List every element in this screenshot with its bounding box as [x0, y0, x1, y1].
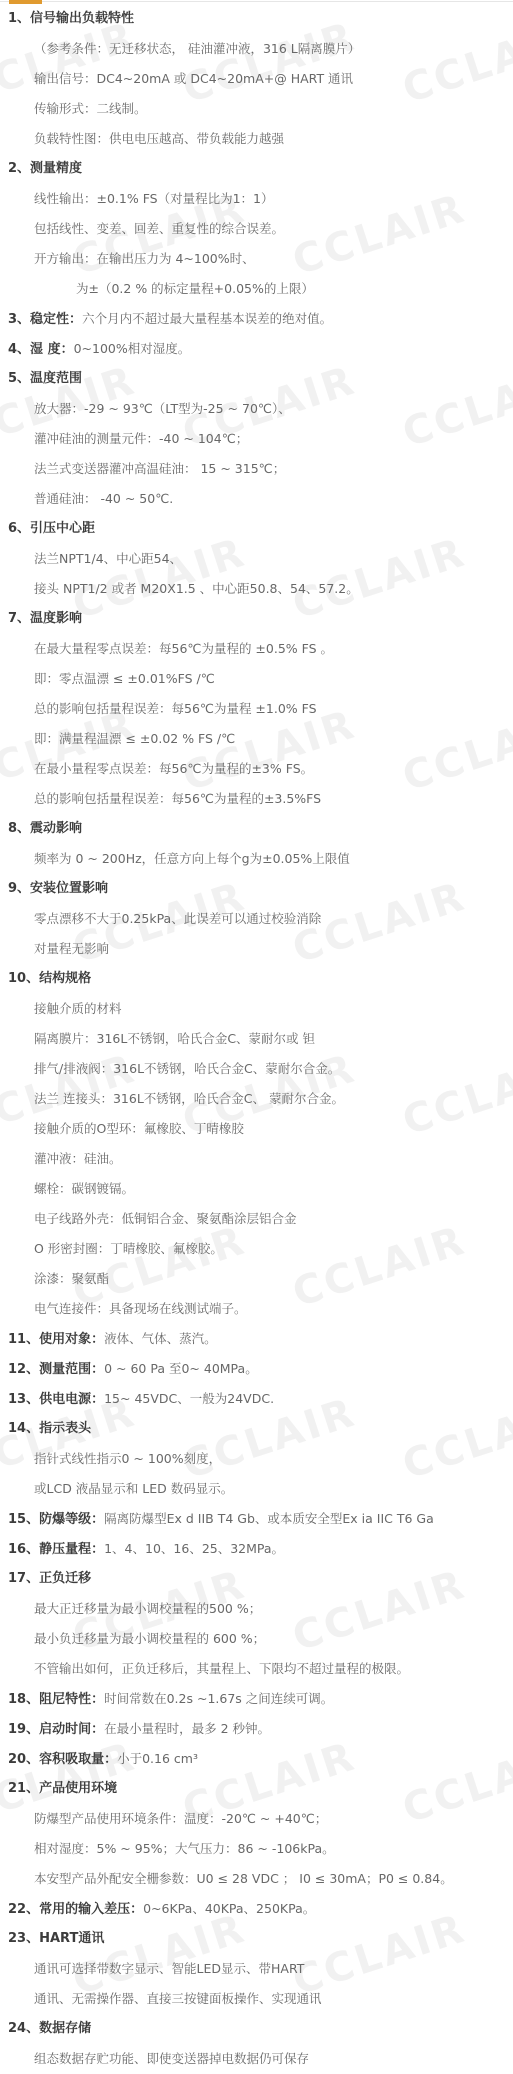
section-heading: 19、启动时间：在最小量程时，最多 2 秒钟。 — [0, 1714, 513, 1744]
spec-line: 放大器：-29 ~ 93℃（LT型为-25 ~ 70℃）、 — [0, 394, 513, 424]
section-title: 容积吸取量： — [39, 1752, 117, 1767]
section-title: 湿 度： — [30, 342, 74, 357]
section-heading: 4、湿 度：0~100%相对湿度。 — [0, 334, 513, 364]
section-number: 13、 — [8, 1392, 39, 1407]
section-number: 21、 — [8, 1781, 39, 1796]
spec-line: 组态数据存贮功能、即使变送器掉电数据仍可保存 — [0, 2044, 513, 2074]
section-title: 温度范围 — [30, 371, 82, 386]
spec-line: 线性输出：±0.1% FS（对量程比为1：1） — [0, 184, 513, 214]
section-number: 3、 — [8, 312, 30, 327]
section-title: 防爆等级： — [39, 1512, 104, 1527]
spec-line: 隔离膜片：316L不锈钢，哈氏合金C、蒙耐尔或 钽 — [0, 1024, 513, 1054]
section-heading: 21、产品使用环境 — [0, 1774, 513, 1804]
section-title: 安装位置影响 — [30, 881, 108, 896]
section-inline-text: 0~100%相对湿度。 — [74, 341, 191, 356]
section-heading: 6、引压中心距 — [0, 514, 513, 544]
spec-line: 零点漂移不大于0.25kPa、此误差可以通过校验消除 — [0, 904, 513, 934]
section-inline-text: 在最小量程时，最多 2 秒钟。 — [104, 1721, 270, 1736]
spec-line: 防爆型产品使用环境条件：温度：-20℃ ~ +40℃； — [0, 1804, 513, 1834]
section-title: HART通讯 — [39, 1931, 104, 1946]
section-heading: 7、温度影响 — [0, 604, 513, 634]
spec-line: 螺栓：碳钢镀镉。 — [0, 1174, 513, 1204]
spec-line: 接头 NPT1/2 或者 M20X1.5 、中心距50.8、54、57.2。 — [0, 574, 513, 604]
section-number: 22、 — [8, 1902, 39, 1917]
section-heading: 11、使用对象：液体、气体、蒸汽。 — [0, 1324, 513, 1354]
section-inline-text: 0 ~ 60 Pa 至0~ 40MPa。 — [104, 1361, 258, 1376]
section-number: 10、 — [8, 971, 39, 986]
section-heading: 23、HART通讯 — [0, 1924, 513, 1954]
spec-line: 在最小量程零点误差：每56℃为量程的±3% FS。 — [0, 754, 513, 784]
spec-line: 法兰式变送器灌冲高温硅油： 15 ~ 315℃； — [0, 454, 513, 484]
section-title: 震动影响 — [30, 821, 82, 836]
section-number: 17、 — [8, 1571, 39, 1586]
top-divider-line — [0, 1, 513, 2]
section-title: 指示表头 — [39, 1421, 91, 1436]
spec-line: 排气/排液阀：316L不锈钢，哈氏合金C、蒙耐尔合金。 — [0, 1054, 513, 1084]
section-inline-text: 六个月内不超过最大量程基本误差的绝对值。 — [82, 311, 332, 326]
section-number: 9、 — [8, 881, 30, 896]
spec-line: 即：零点温漂 ≤ ±0.01%FS /℃ — [0, 664, 513, 694]
spec-line: 灌冲液：硅油。 — [0, 1144, 513, 1174]
section-heading: 20、容积吸取量：小于0.16 cm³ — [0, 1744, 513, 1774]
section-number: 1、 — [8, 11, 30, 26]
spec-line: 本安型产品外配安全栅参数：U0 ≤ 28 VDC ； I0 ≤ 30mA；P0 … — [0, 1864, 513, 1894]
spec-line: 即：满量程温漂 ≤ ±0.02 % FS /℃ — [0, 724, 513, 754]
spec-line: 电子线路外壳：低铜铝合金、聚氨酯涂层铝合金 — [0, 1204, 513, 1234]
section-title: 启动时间： — [39, 1722, 104, 1737]
spec-line: 频率为 0 ~ 200Hz，任意方向上每个g为±0.05%上限值 — [0, 844, 513, 874]
section-heading: 1、信号输出负载特性 — [0, 4, 513, 34]
section-title: 信号输出负载特性 — [30, 11, 134, 26]
section-title: 数据存储 — [39, 2021, 91, 2036]
spec-line: O 形密封圈：丁晴橡胶、氟橡胶。 — [0, 1234, 513, 1264]
section-heading: 18、阻尼特性：时间常数在0.2s ~1.67s 之间连续可调。 — [0, 1684, 513, 1714]
section-heading: 15、防爆等级：隔离防爆型Ex d IIB T4 Gb、或本质安全型Ex ia … — [0, 1504, 513, 1534]
section-inline-text: 时间常数在0.2s ~1.67s 之间连续可调。 — [104, 1691, 333, 1706]
section-number: 16、 — [8, 1542, 39, 1557]
spec-line: 最小负迁移量为最小调校量程的 600 %； — [0, 1624, 513, 1654]
section-number: 6、 — [8, 521, 30, 536]
section-heading: 10、结构规格 — [0, 964, 513, 994]
section-heading: 22、常用的输入差压：0~6KPa、40KPa、250KPa。 — [0, 1894, 513, 1924]
section-number: 4、 — [8, 342, 30, 357]
spec-line: 包括线性、变差、回差、重复性的综合误差。 — [0, 214, 513, 244]
section-inline-text: 小于0.16 cm³ — [117, 1751, 198, 1766]
section-number: 14、 — [8, 1421, 39, 1436]
section-number: 19、 — [8, 1722, 39, 1737]
section-number: 7、 — [8, 611, 30, 626]
section-number: 12、 — [8, 1362, 39, 1377]
section-number: 8、 — [8, 821, 30, 836]
spec-line: 指针式线性指示0 ~ 100%刻度， — [0, 1444, 513, 1474]
section-heading: 13、供电电源：15~ 45VDC、一般为24VDC. — [0, 1384, 513, 1414]
spec-line: 接触介质的O型环：氟橡胶、丁晴橡胶 — [0, 1114, 513, 1144]
section-title: 常用的输入差压： — [39, 1902, 143, 1917]
section-number: 20、 — [8, 1752, 39, 1767]
section-inline-text: 15~ 45VDC、一般为24VDC. — [104, 1391, 274, 1406]
section-title: 温度影响 — [30, 611, 82, 626]
section-heading: 12、测量范围：0 ~ 60 Pa 至0~ 40MPa。 — [0, 1354, 513, 1384]
section-inline-text: 液体、气体、蒸汽。 — [104, 1331, 217, 1346]
section-number: 18、 — [8, 1692, 39, 1707]
spec-line: 负载特性图：供电电压越高、带负载能力越强 — [0, 124, 513, 154]
spec-line: 普通硅油： -40 ~ 50℃. — [0, 484, 513, 514]
section-heading: 24、数据存储 — [0, 2014, 513, 2044]
section-heading: 5、温度范围 — [0, 364, 513, 394]
section-title: 阻尼特性： — [39, 1692, 104, 1707]
spec-line: 通讯、无需操作器、直接三按键面板操作、实现通讯 — [0, 1984, 513, 2014]
spec-line: 灌冲硅油的测量元件：-40 ~ 104℃； — [0, 424, 513, 454]
section-title: 静压量程： — [39, 1542, 104, 1557]
spec-line: 电气连接件：具备现场在线测试端子。 — [0, 1294, 513, 1324]
section-number: 5、 — [8, 371, 30, 386]
spec-line: 传输形式：二线制。 — [0, 94, 513, 124]
section-title: 引压中心距 — [30, 521, 95, 536]
spec-line: 最大正迁移量为最小调校量程的500 %； — [0, 1594, 513, 1624]
section-title: 稳定性： — [30, 312, 82, 327]
section-heading: 8、震动影响 — [0, 814, 513, 844]
section-heading: 16、静压量程：1、4、10、16、25、32MPa。 — [0, 1534, 513, 1564]
section-number: 15、 — [8, 1512, 39, 1527]
spec-line: 总的影响包括量程误差：每56℃为量程 ±1.0% FS — [0, 694, 513, 724]
section-heading: 9、安装位置影响 — [0, 874, 513, 904]
section-number: 24、 — [8, 2021, 39, 2036]
section-heading: 17、正负迁移 — [0, 1564, 513, 1594]
spec-line: 为±（0.2 % 的标定量程+0.05%的上限） — [0, 274, 513, 304]
spec-line: 输出信号：DC4~20mA 或 DC4~20mA+@ HART 通讯 — [0, 64, 513, 94]
spec-line: 法兰 连接头：316L不锈钢，哈氏合金C、 蒙耐尔合金。 — [0, 1084, 513, 1114]
spec-line: 或LCD 液晶显示和 LED 数码显示。 — [0, 1474, 513, 1504]
spec-line: 总的影响包括量程误差：每56℃为量程的±3.5%FS — [0, 784, 513, 814]
spec-line: 涂漆：聚氨酯 — [0, 1264, 513, 1294]
section-title: 结构规格 — [39, 971, 91, 986]
spec-line: 通讯可选择带数字显示、智能LED显示、带HART — [0, 1954, 513, 1984]
section-title: 使用对象： — [39, 1332, 104, 1347]
spec-line: 开方输出：在输出压力为 4~100%时、 — [0, 244, 513, 274]
spec-line: 接触介质的材料 — [0, 994, 513, 1024]
spec-line: 相对湿度：5% ~ 95%；大气压力：86 ~ -106kPa。 — [0, 1834, 513, 1864]
section-title: 测量范围： — [39, 1362, 104, 1377]
section-title: 产品使用环境 — [39, 1781, 117, 1796]
section-number: 23、 — [8, 1931, 39, 1946]
section-number: 2、 — [8, 161, 30, 176]
section-title: 正负迁移 — [39, 1571, 91, 1586]
spec-line: 不管输出如何，正负迁移后，其量程上、下限均不超过量程的极限。 — [0, 1654, 513, 1684]
section-heading: 3、稳定性：六个月内不超过最大量程基本误差的绝对值。 — [0, 304, 513, 334]
section-inline-text: 隔离防爆型Ex d IIB T4 Gb、或本质安全型Ex ia IIC T6 G… — [104, 1511, 434, 1526]
spec-line: 对量程无影响 — [0, 934, 513, 964]
section-heading: 2、测量精度 — [0, 154, 513, 184]
section-inline-text: 0~6KPa、40KPa、250KPa。 — [143, 1901, 315, 1916]
section-heading: 14、指示表头 — [0, 1414, 513, 1444]
section-title: 供电电源： — [39, 1392, 104, 1407]
section-title: 测量精度 — [30, 161, 82, 176]
spec-line: （参考条件：无迁移状态， 硅油灌冲液，316 L隔离膜片） — [0, 34, 513, 64]
section-inline-text: 1、4、10、16、25、32MPa。 — [104, 1541, 284, 1556]
spec-line: 法兰NPT1/4、中心距54、 — [0, 544, 513, 574]
spec-list: 1、信号输出负载特性（参考条件：无迁移状态， 硅油灌冲液，316 L隔离膜片）输… — [0, 4, 513, 2074]
spec-line: 在最大量程零点误差：每56℃为量程的 ±0.5% FS 。 — [0, 634, 513, 664]
section-number: 11、 — [8, 1332, 39, 1347]
